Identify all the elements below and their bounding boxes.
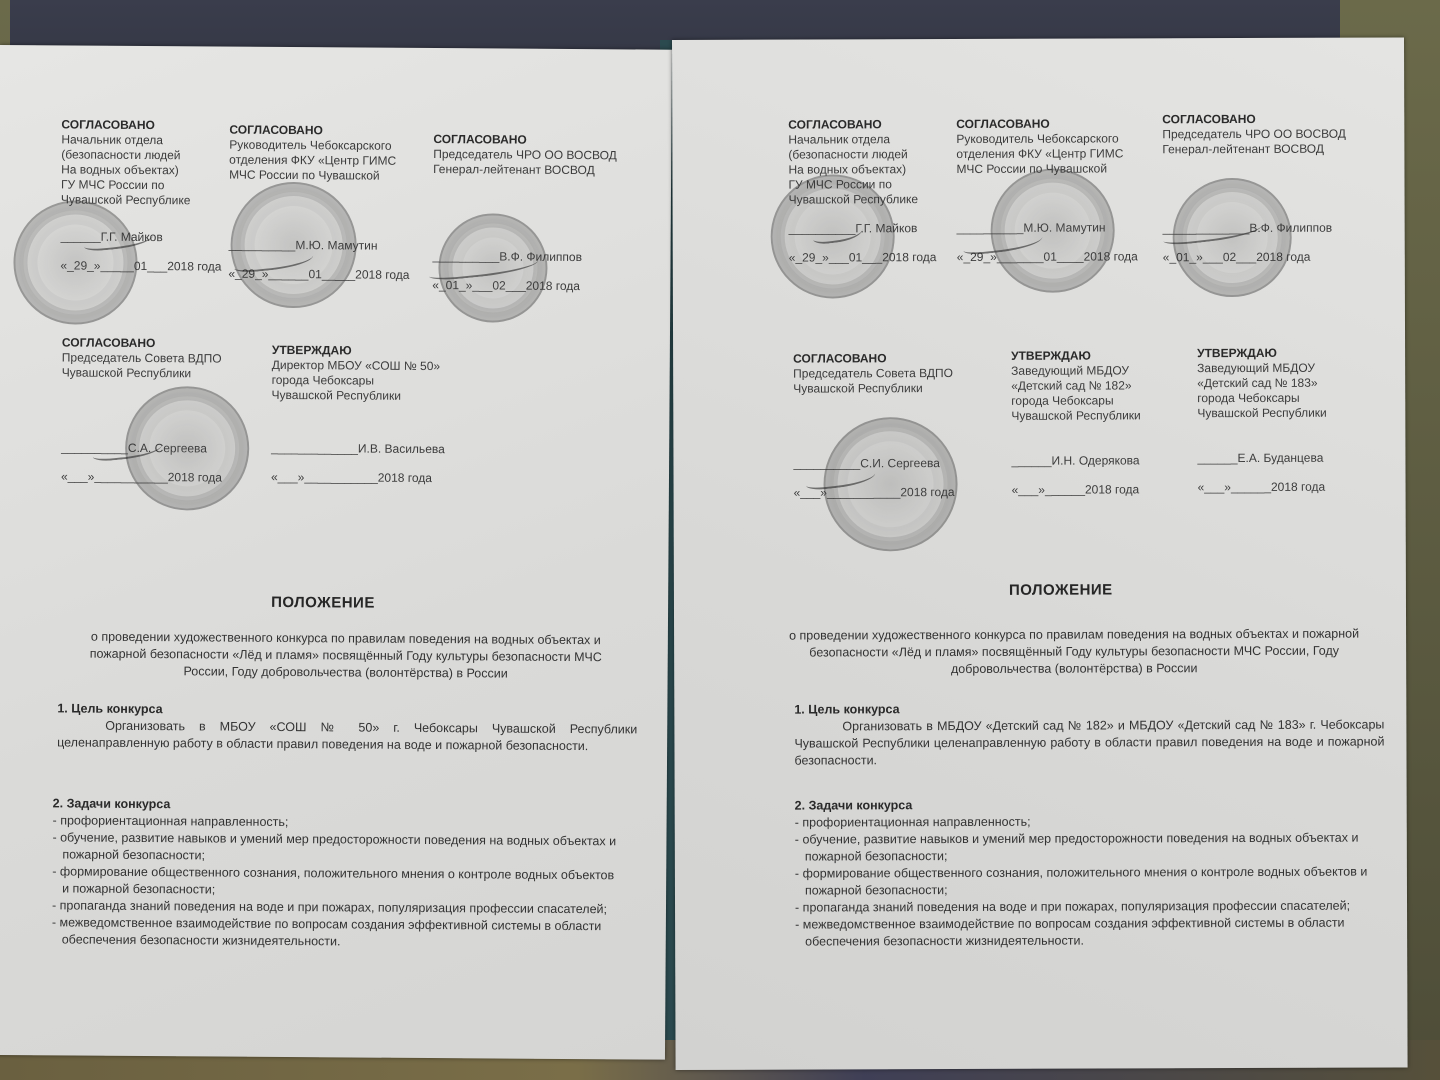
approval-heading: СОГЛАСОВАНО <box>956 116 1156 132</box>
section-heading: 2. Задачи конкурса <box>795 796 1385 815</box>
approval-line: Руководитель Чебоксарского <box>956 131 1156 147</box>
approval-heading: УТВЕРЖДАЮ <box>272 343 492 360</box>
approval-line: Чувашской Республики <box>272 388 492 405</box>
approval-line: Заведующий МБДОУ <box>1011 363 1191 379</box>
approval-block: УТВЕРЖДАЮ Директор МБОУ «СОШ № 50» город… <box>271 343 492 487</box>
section-goal: 1. Цель конкурса Организовать в МБОУ «СО… <box>57 700 637 755</box>
approval-line: «Детский сад № 182» <box>1011 378 1191 394</box>
document-page-left: СОГЛАСОВАНО Начальник отдела (безопаснос… <box>0 45 672 1060</box>
approval-line: МЧС России по Чувашской <box>229 168 429 184</box>
section-heading: 1. Цель конкурса <box>794 700 1384 719</box>
approval-line: Начальник отдела <box>788 132 948 148</box>
task-list: профориентационная направленность; обуче… <box>52 812 623 952</box>
approval-line: Начальник отдела <box>61 132 221 148</box>
approval-line: Чувашской Республики <box>1011 408 1191 424</box>
signer-name: _____________И.В. Васильева <box>271 441 491 458</box>
list-item: формирование общественного сознания, пол… <box>52 863 622 901</box>
section-tasks: 2. Задачи конкурса профориентационная на… <box>52 795 623 952</box>
approval-heading: УТВЕРЖДАЮ <box>1197 346 1377 362</box>
approval-line: отделения ФКУ «Центр ГИМС <box>956 146 1156 162</box>
approval-block: УТВЕРЖДАЮ Заведующий МБДОУ «Детский сад … <box>1011 348 1192 498</box>
approval-line: Руководитель Чебоксарского <box>229 138 429 154</box>
approval-line: города Чебоксары <box>1197 391 1377 407</box>
section-text: Организовать в МБДОУ «Детский сад № 182»… <box>794 717 1384 770</box>
approval-date: «___»___________2018 года <box>271 470 491 487</box>
document-subtitle: о проведении художественного конкурса по… <box>66 628 626 683</box>
approval-line: (безопасности людей <box>788 147 948 163</box>
approval-line: Председатель Совета ВДПО <box>793 366 983 382</box>
list-item: профориентационная направленность; <box>795 813 1385 832</box>
section-text: Организовать в МБОУ «СОШ № 50» г. Чебокс… <box>57 717 637 755</box>
approval-line: На водных объектах) <box>61 162 221 178</box>
approval-heading: СОГЛАСОВАНО <box>62 335 252 351</box>
approval-line: Председатель Совета ВДПО <box>62 350 252 366</box>
approval-line: Директор МБОУ «СОШ № 50» <box>272 358 492 375</box>
approval-line: города Чебоксары <box>272 373 492 390</box>
list-item: межведомственное взаимодействие по вопро… <box>52 914 622 952</box>
official-stamp <box>230 182 357 309</box>
official-stamp <box>990 168 1114 292</box>
approval-heading: СОГЛАСОВАНО <box>788 117 948 133</box>
section-goal: 1. Цель конкурса Организовать в МБДОУ «Д… <box>794 700 1384 770</box>
list-item: формирование общественного сознания, пол… <box>795 864 1385 900</box>
document-title: ПОЛОЖЕНИЕ <box>271 594 375 612</box>
list-item: межведомственное взаимодействие по вопро… <box>795 915 1385 951</box>
approval-date: «___»______2018 года <box>1012 482 1192 498</box>
list-item: обучение, развитие навыков и умений мер … <box>795 830 1385 866</box>
approval-line: Председатель ЧРО ОО ВОСВОД <box>1162 127 1382 143</box>
approval-line: Генерал-лейтенант ВОСВОД <box>1162 142 1382 158</box>
approval-block: УТВЕРЖДАЮ Заведующий МБДОУ «Детский сад … <box>1197 346 1378 496</box>
document-subtitle: о проведении художественного конкурса по… <box>774 626 1374 679</box>
document-page-right: СОГЛАСОВАНО Начальник отдела (безопаснос… <box>672 37 1408 1070</box>
document-title: ПОЛОЖЕНИЕ <box>1009 581 1113 598</box>
approval-line: города Чебоксары <box>1011 393 1191 409</box>
approval-line: На водных объектах) <box>788 162 948 178</box>
approval-line: отделения ФКУ «Центр ГИМС <box>229 153 429 169</box>
task-list: профориентационная направленность; обуче… <box>795 813 1385 951</box>
approval-line: ГУ МЧС России по <box>61 177 221 193</box>
approval-heading: УТВЕРЖДАЮ <box>1011 348 1191 364</box>
approval-heading: СОГЛАСОВАНО <box>1162 112 1382 128</box>
approval-date: «___»______2018 года <box>1198 480 1378 496</box>
approval-line: Чувашской Республики <box>62 365 252 381</box>
approval-heading: СОГЛАСОВАНО <box>793 351 983 367</box>
approval-line: (безопасности людей <box>61 147 221 163</box>
approval-line: Чувашской Республики <box>793 381 983 397</box>
section-tasks: 2. Задачи конкурса профориентационная на… <box>795 796 1386 951</box>
approval-heading: СОГЛАСОВАНО <box>433 132 653 149</box>
official-stamp <box>13 200 138 325</box>
approval-line: Председатель ЧРО ОО ВОСВОД <box>433 147 653 164</box>
approval-line: «Детский сад № 183» <box>1197 376 1377 392</box>
approval-line: Чувашской Республики <box>1197 406 1377 422</box>
signer-name: ______Е.А. Буданцева <box>1197 451 1377 467</box>
list-item: пропаганда знаний поведения на воде и пр… <box>795 898 1385 917</box>
signer-name: ______И.Н. Одерякова <box>1011 453 1191 469</box>
approval-line: Генерал-лейтенант ВОСВОД <box>433 162 653 179</box>
approval-heading: СОГЛАСОВАНО <box>229 123 429 139</box>
approval-heading: СОГЛАСОВАНО <box>61 117 221 133</box>
list-item: обучение, развитие навыков и умений мер … <box>52 829 622 867</box>
approval-line: Заведующий МБДОУ <box>1197 361 1377 377</box>
